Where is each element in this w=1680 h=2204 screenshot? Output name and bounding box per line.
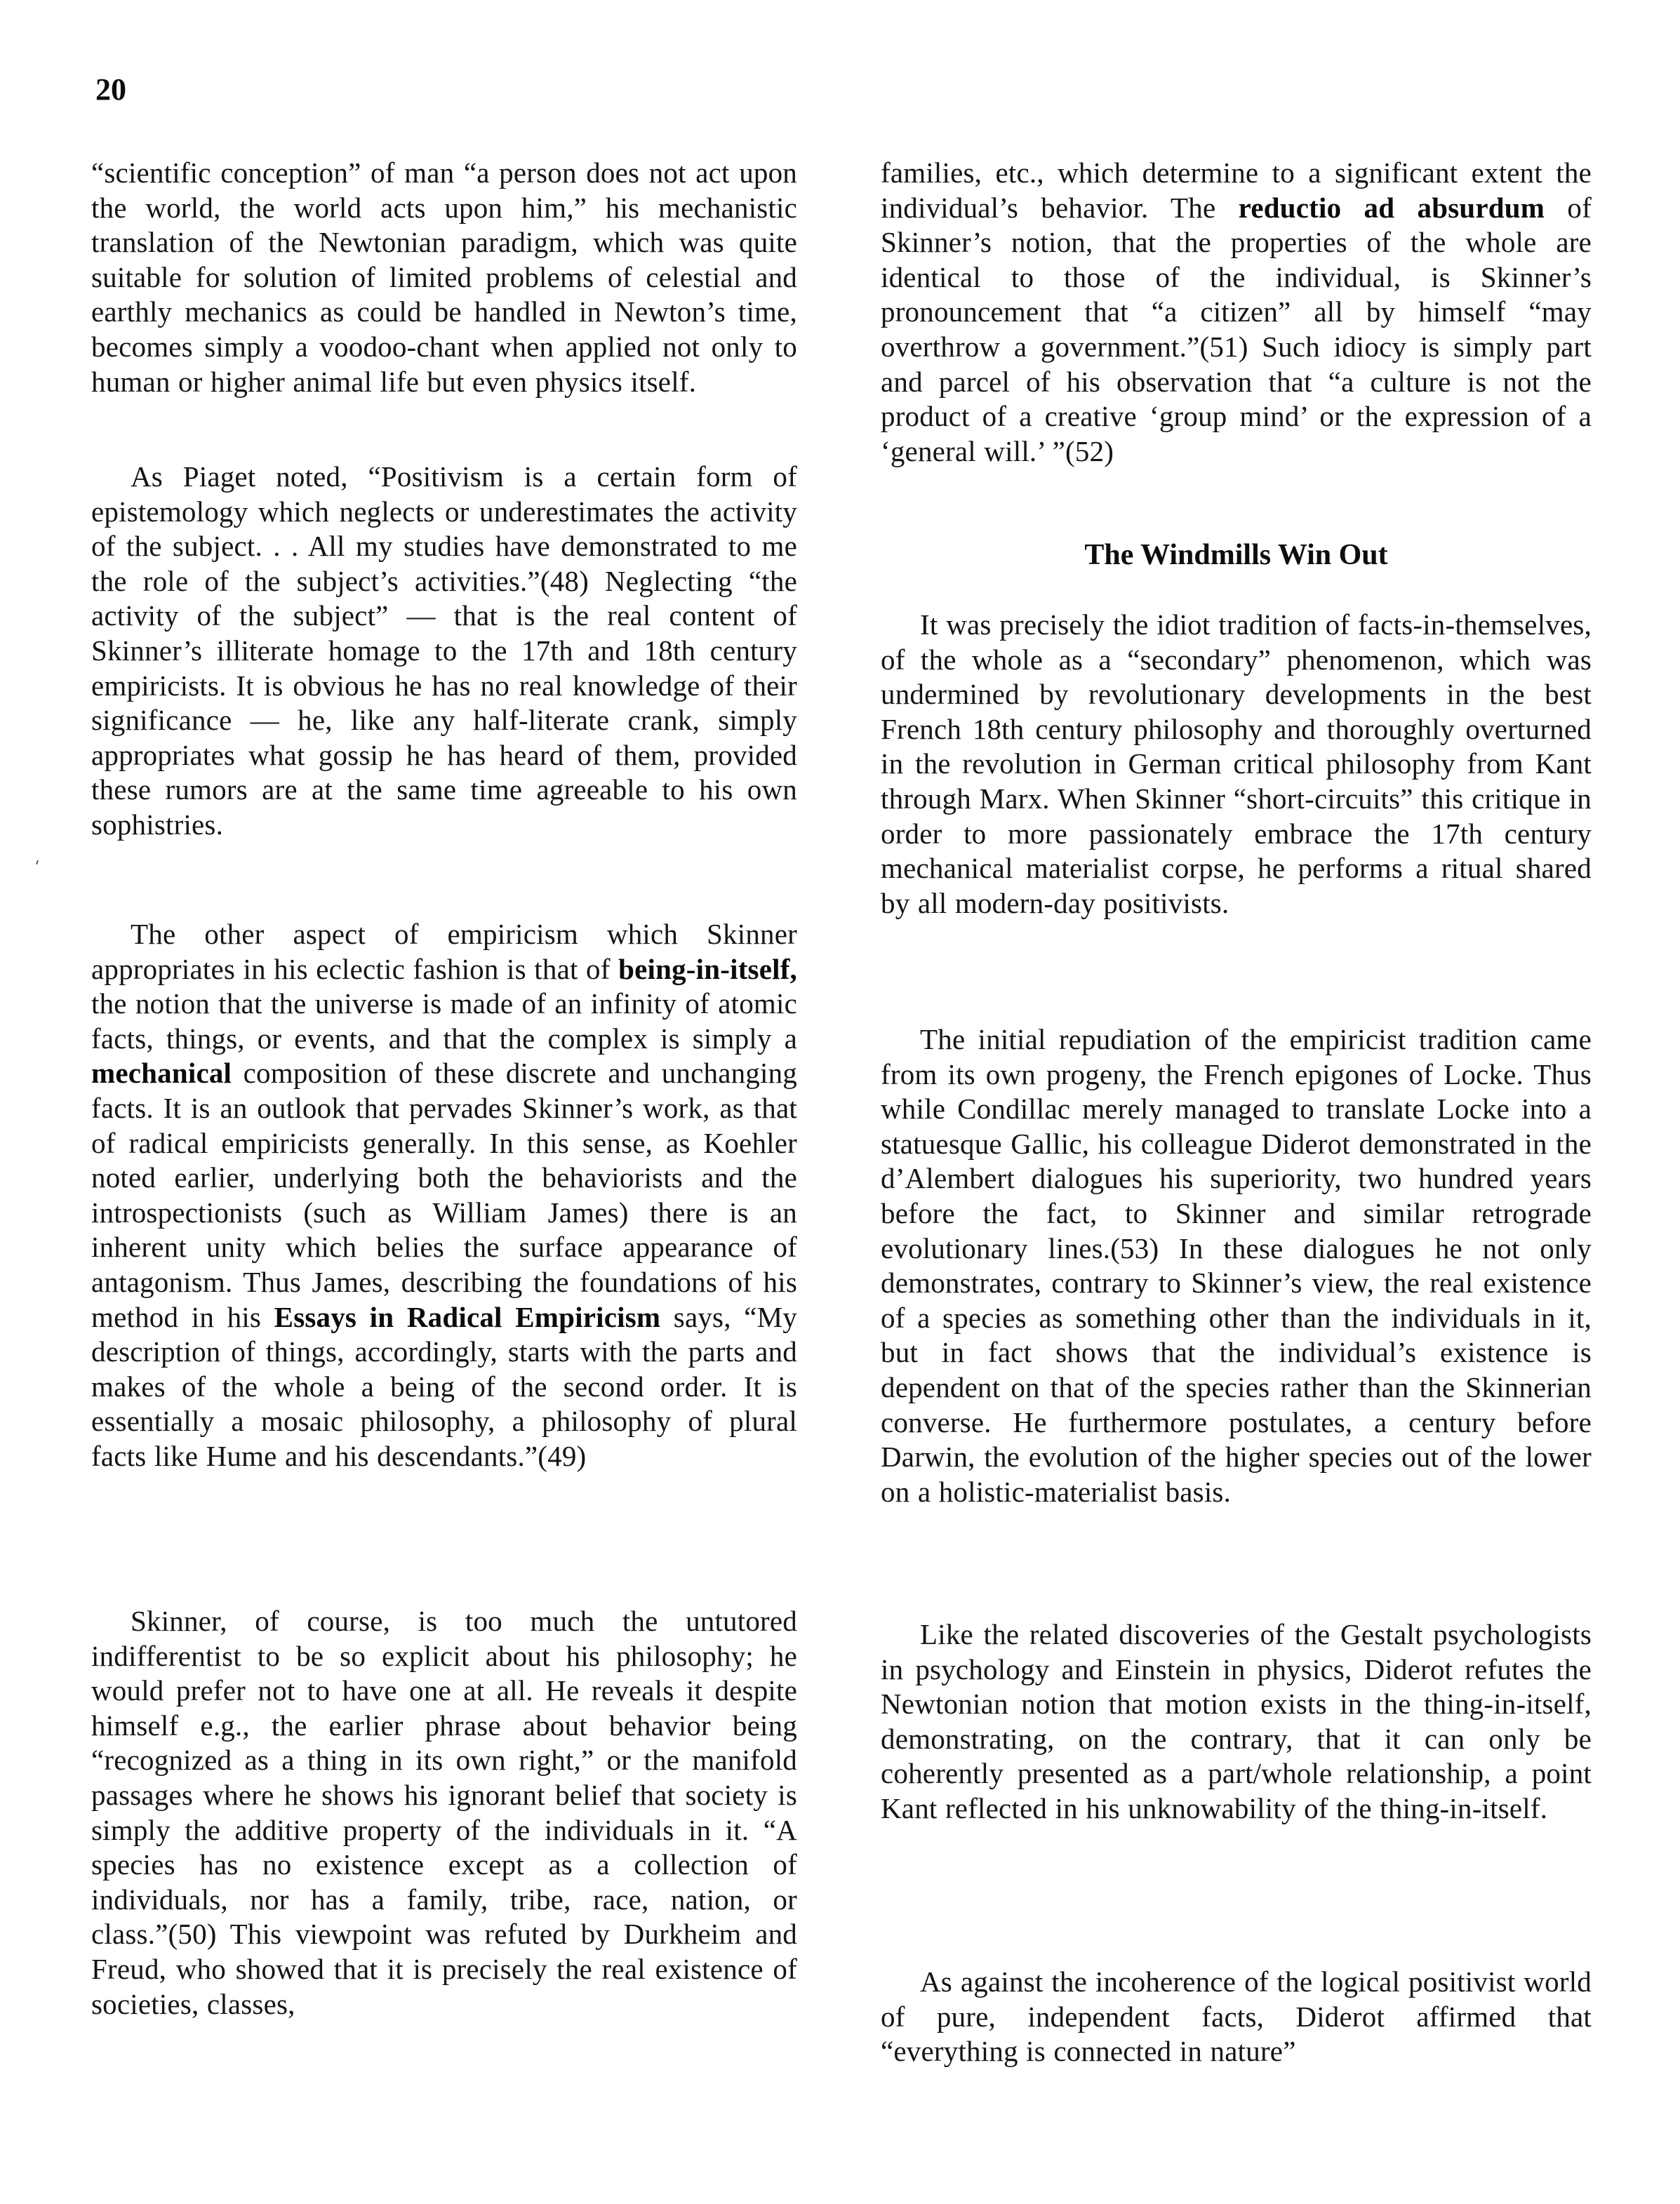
paragraph-text: “scientific conception” of man “a person…	[91, 156, 797, 398]
body-paragraph: Skinner, of course, is too much the untu…	[91, 1604, 797, 2022]
bold-emphasis-text: Essays in Radical Empiricism	[274, 1301, 661, 1333]
paragraph-text: The initial repudiation of the empiricis…	[881, 1023, 1592, 1508]
body-paragraph: Like the related discoveries of the Gest…	[881, 1617, 1592, 1826]
paragraph-text: It was precisely the idiot tradition of …	[881, 608, 1592, 919]
bold-emphasis-text: reductio ad absurdum	[1239, 192, 1545, 224]
body-paragraph: The other aspect of empiricism which Ski…	[91, 917, 797, 1474]
body-paragraph: The initial repudiation of the empiricis…	[881, 1022, 1592, 1509]
scan-artifact-mark	[36, 860, 39, 864]
paragraph-text: of Skinner’s notion, that the properties…	[881, 192, 1592, 467]
body-paragraph: “scientific conception” of man “a person…	[91, 156, 797, 399]
body-paragraph: It was precisely the idiot tradition of …	[881, 608, 1592, 921]
body-paragraph: As Piaget noted, “Positivism is a certai…	[91, 460, 797, 843]
paragraph-text: Skinner, of course, is too much the untu…	[91, 1605, 797, 2020]
page-number: 20	[95, 70, 126, 109]
bold-emphasis-text: being-in-itself,	[618, 953, 797, 985]
body-paragraph: As against the incoherence of the logica…	[881, 1965, 1592, 2069]
paragraph-text: As against the incoherence of the logica…	[881, 1965, 1592, 2067]
section-heading: The Windmills Win Out	[881, 537, 1592, 573]
body-paragraph: families, etc., which determine to a sig…	[881, 156, 1592, 469]
paragraph-text: Like the related discoveries of the Gest…	[881, 1618, 1592, 1824]
paragraph-text: composition of these discrete and unchan…	[91, 1057, 797, 1333]
paragraph-text: As Piaget noted, “Positivism is a certai…	[91, 460, 797, 841]
paragraph-text: the notion that the universe is made of …	[91, 987, 797, 1055]
bold-emphasis-text: mechanical	[91, 1057, 232, 1089]
